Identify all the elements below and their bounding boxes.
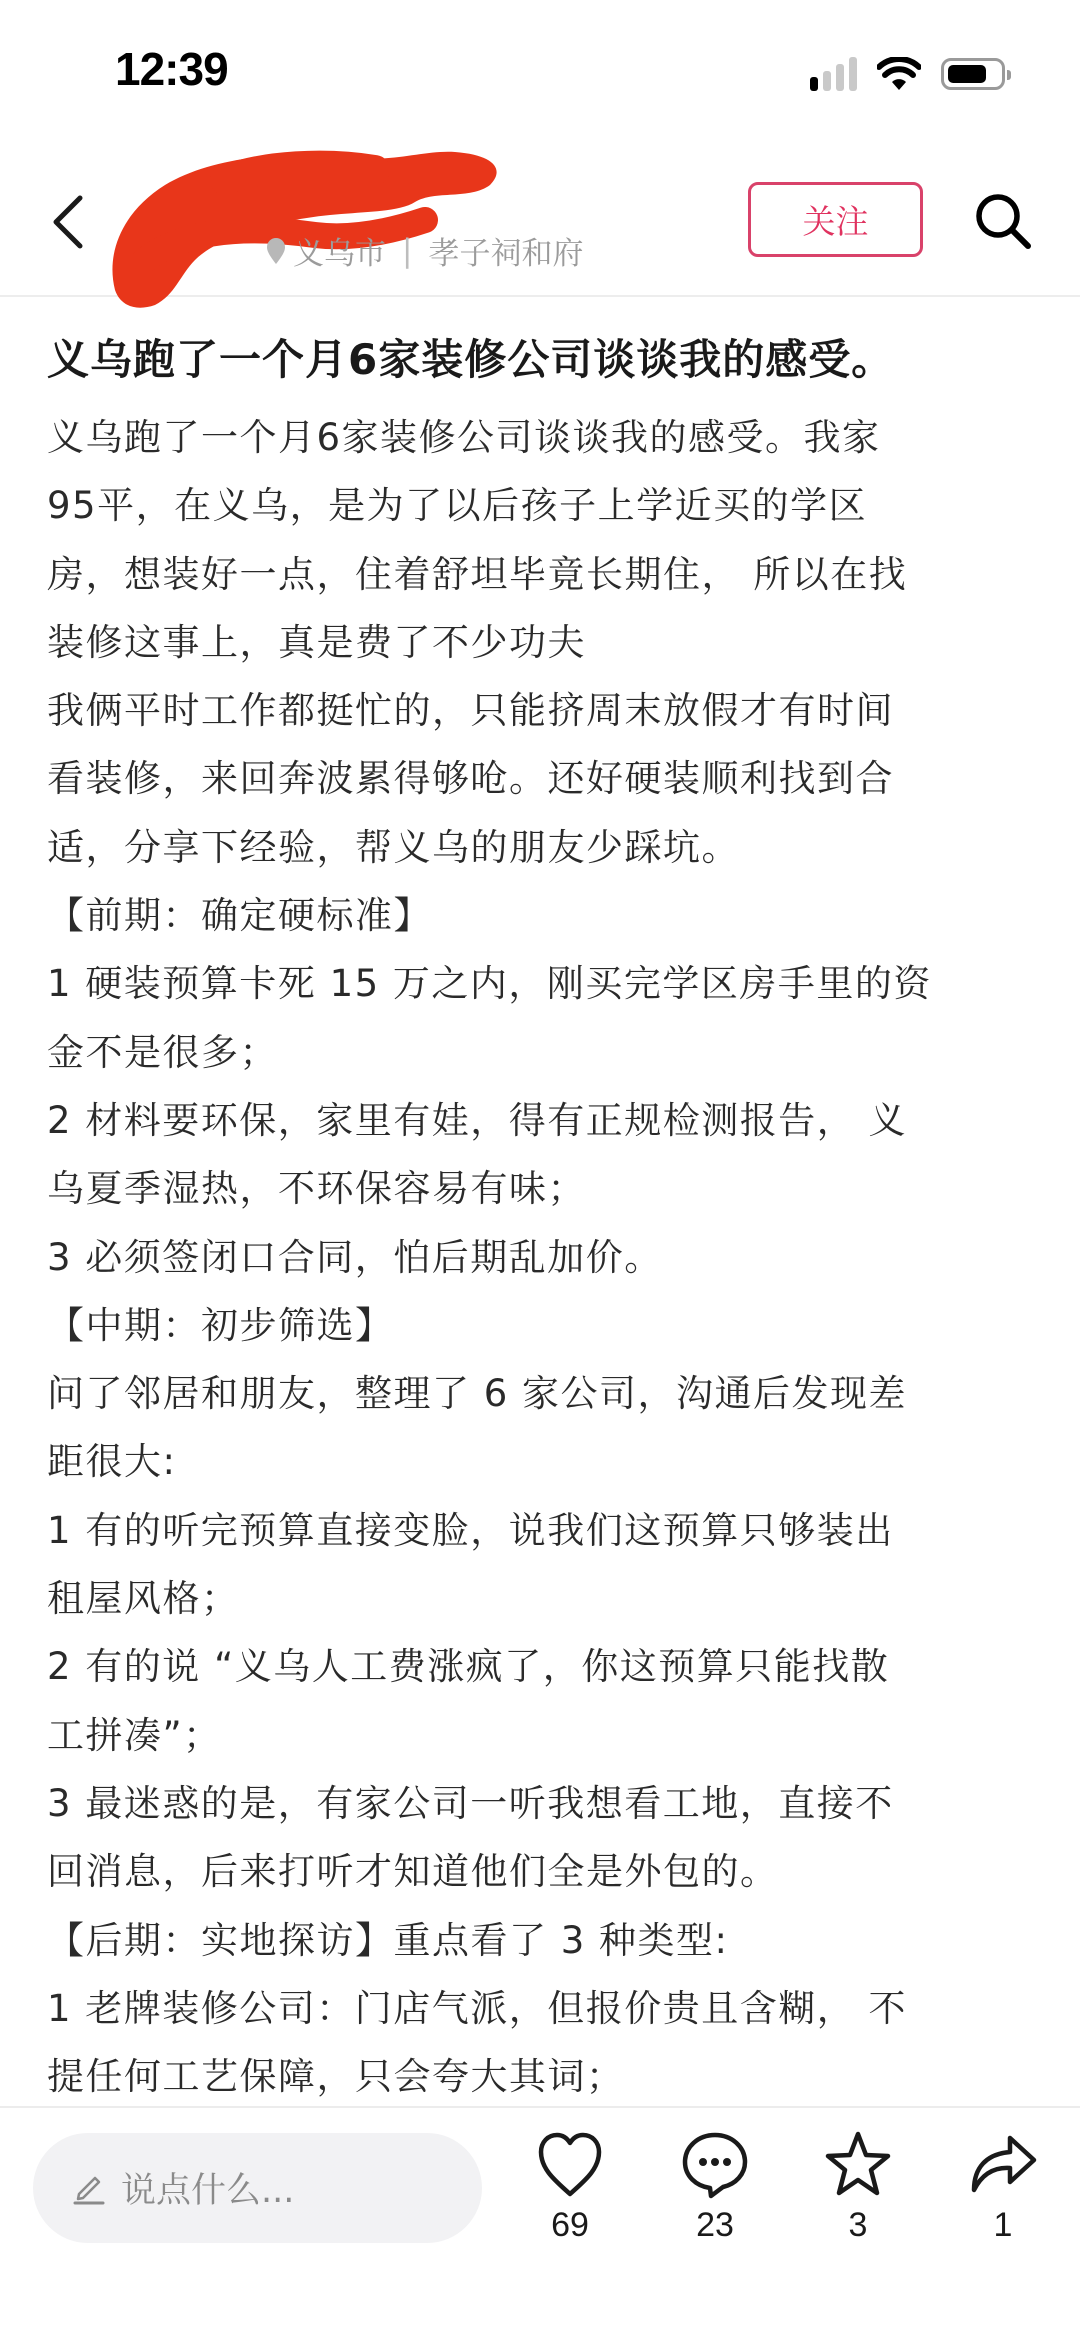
status-time: 12:39	[115, 42, 228, 96]
post-body-line: 适，分享下经验，帮义乌的朋友少踩坑。	[47, 814, 1037, 882]
post-body-line: 1 老牌装修公司：门店气派，但报价贵且含糊， 不	[47, 1975, 1037, 2043]
section-heading: 【后期：实地探访】重点看了 3 种类型:	[47, 1907, 1037, 1975]
pencil-icon	[71, 2170, 107, 2206]
comment-bubble-icon	[680, 2130, 750, 2200]
post-body-line: 金不是很多；	[47, 1019, 1037, 1087]
like-count: 69	[551, 2206, 589, 2245]
heart-icon	[535, 2130, 605, 2200]
post-body-line: 提任何工艺保障，只会夸大其词；	[47, 2043, 1037, 2111]
battery-icon	[941, 58, 1005, 90]
star-icon	[823, 2130, 893, 2200]
post-body: 义乌跑了一个月6家装修公司谈谈我的感受。我家 95平，在义乌，是为了以后孩子上学…	[47, 404, 1037, 2111]
post-body-line: 工拼凑”；	[47, 1702, 1037, 1770]
post-body-line: 2 有的说 “义乌人工费涨疯了，你这预算只能找散	[47, 1633, 1037, 1701]
post-body-line: 2 材料要环保，家里有娃，得有正规检测报告， 义	[47, 1087, 1037, 1155]
post-body-line: 租屋风格；	[47, 1565, 1037, 1633]
post-body-line: 1 有的听完预算直接变脸，说我们这预算只够装出	[47, 1497, 1037, 1565]
like-button[interactable]: 69	[515, 2130, 625, 2245]
location-city: 义乌市	[293, 228, 386, 273]
post-body-line: 房，想装好一点，住着舒坦毕竟长期住， 所以在找	[47, 541, 1037, 609]
search-button[interactable]	[972, 190, 1034, 252]
share-button[interactable]: 1	[948, 2130, 1058, 2245]
location-separator: |	[402, 233, 412, 269]
comment-placeholder: 说点什么...	[121, 2163, 294, 2213]
post-body-line: 问了邻居和朋友，整理了 6 家公司，沟通后发现差	[47, 1360, 1037, 1428]
share-count: 1	[994, 2206, 1013, 2245]
location-pin-icon	[265, 237, 287, 265]
post-body-line: 3 最迷惑的是，有家公司一听我想看工地，直接不	[47, 1770, 1037, 1838]
post-body-line: 义乌跑了一个月6家装修公司谈谈我的感受。我家	[47, 404, 1037, 472]
favorite-count: 3	[849, 2206, 868, 2245]
post-body-line: 乌夏季湿热，不环保容易有味；	[47, 1155, 1037, 1223]
post-title: 义乌跑了一个月6家装修公司谈谈我的感受。	[47, 320, 1037, 400]
post-body-line: 3 必须签闭口合同，怕后期乱加价。	[47, 1224, 1037, 1292]
share-arrow-icon	[968, 2130, 1038, 2200]
search-icon	[972, 190, 1034, 252]
chevron-left-icon	[48, 192, 88, 252]
bottom-action-bar: 说点什么... 69 23 3 1	[0, 2106, 1080, 2337]
wifi-icon	[877, 57, 921, 91]
post-content: 义乌跑了一个月6家装修公司谈谈我的感受。 义乌跑了一个月6家装修公司谈谈我的感受…	[47, 320, 1037, 2111]
author-location[interactable]: 义乌市 | 孝子祠和府	[265, 228, 583, 273]
post-body-line: 看装修，来回奔波累得够呛。还好硬装顺利找到合	[47, 745, 1037, 813]
post-body-line: 装修这事上，真是费了不少功夫	[47, 609, 1037, 677]
comment-input[interactable]: 说点什么...	[33, 2133, 482, 2243]
location-place: 孝子祠和府	[428, 228, 583, 273]
status-icons	[810, 55, 1005, 91]
comment-button[interactable]: 23	[660, 2130, 770, 2245]
post-body-line: 1 硬装预算卡死 15 万之内，刚买完学区房手里的资	[47, 950, 1037, 1018]
back-button[interactable]	[48, 192, 88, 252]
comment-count: 23	[696, 2206, 734, 2245]
follow-button[interactable]: 关注	[748, 182, 923, 257]
status-bar: 12:39	[0, 0, 1080, 130]
cellular-signal-icon	[810, 57, 857, 91]
post-header: 义乌市 | 孝子祠和府 关注	[0, 130, 1080, 297]
post-body-line: 回消息，后来打听才知道他们全是外包的。	[47, 1838, 1037, 1906]
section-heading: 【前期：确定硬标准】	[47, 882, 1037, 950]
post-body-line: 我俩平时工作都挺忙的，只能挤周末放假才有时间	[47, 677, 1037, 745]
post-body-line: 距很大:	[47, 1428, 1037, 1496]
post-body-line: 95平，在义乌，是为了以后孩子上学近买的学区	[47, 472, 1037, 540]
section-heading: 【中期：初步筛选】	[47, 1292, 1037, 1360]
favorite-button[interactable]: 3	[803, 2130, 913, 2245]
